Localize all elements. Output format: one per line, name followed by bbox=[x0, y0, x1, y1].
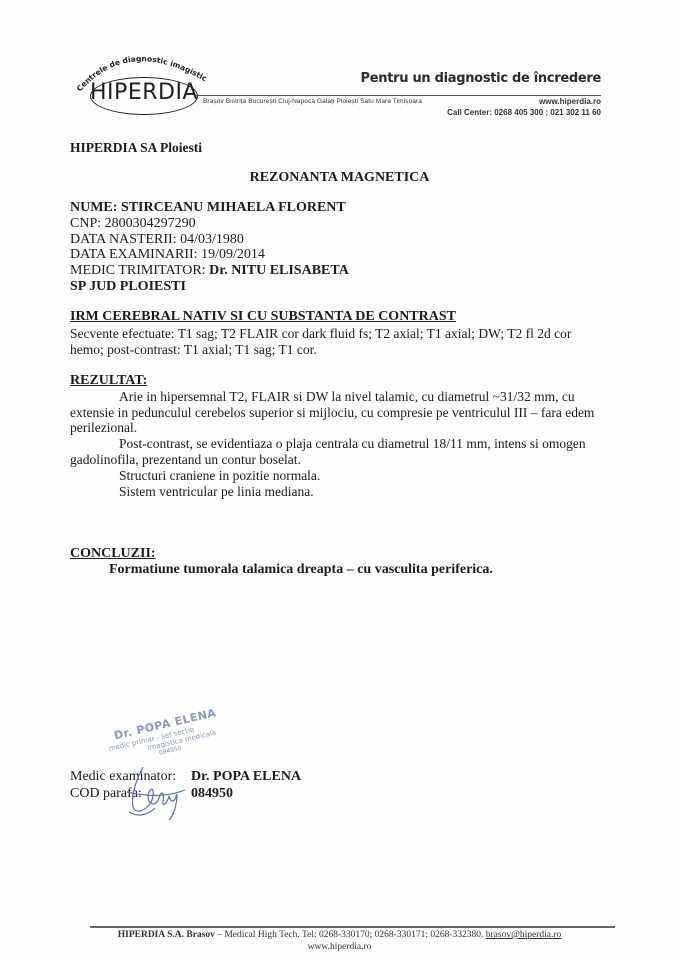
footer-contact: HIPERDIA S.A. Brasov – Medical High Tech… bbox=[0, 930, 679, 940]
handwritten-signature-icon bbox=[125, 762, 195, 822]
result-paragraph-2: Post-contrast, se evidentiaza o plaja ce… bbox=[70, 436, 625, 467]
conclusion-text: Formatiune tumorala talamica dreapta – c… bbox=[109, 562, 493, 578]
report-title: REZONANTA MAGNETICA bbox=[0, 170, 679, 186]
conclusion-heading: CONCLUZII: bbox=[70, 546, 156, 562]
website-link[interactable]: www.hiperdia.ro bbox=[539, 97, 601, 106]
cnp-value: 2800304297290 bbox=[105, 216, 196, 231]
clinic-name: HIPERDIA SA Ploiesti bbox=[70, 140, 202, 156]
patient-name-row: NUME: STIRCEANU MIHAELA FLORENT bbox=[70, 200, 349, 216]
call-center: Call Center: 0268 405 300 ; 021 302 11 6… bbox=[447, 108, 601, 117]
examiner-name: Dr. POPA ELENA bbox=[191, 768, 301, 785]
parafa-code: 084950 bbox=[191, 785, 301, 802]
exam-title: IRM CEREBRAL NATIV SI CU SUBSTANTA DE CO… bbox=[70, 309, 456, 325]
referrer-unit: SP JUD PLOIESTI bbox=[70, 279, 349, 295]
result-paragraph-4: Sistem ventricular pe linia mediana. bbox=[119, 484, 679, 500]
cnp-row: CNP: 2800304297290 bbox=[70, 216, 349, 232]
referrer-row: MEDIC TRIMITATOR: Dr. NITU ELISABETA bbox=[70, 263, 349, 279]
patient-name: STIRCEANU MIHAELA FLORENT bbox=[121, 200, 346, 215]
header-rule bbox=[196, 95, 601, 96]
birth-date-row: DATA NASTERII: 04/03/1980 bbox=[70, 232, 349, 248]
birth-date: 04/03/1980 bbox=[180, 232, 244, 247]
logo: HIPERDIA bbox=[90, 80, 198, 105]
result-heading: REZULTAT: bbox=[70, 373, 147, 389]
footer-email-link[interactable]: brasov@hiperdia.ro bbox=[486, 930, 562, 940]
tagline: Pentru un diagnostic de încredere bbox=[361, 71, 601, 86]
doctor-stamp: Dr. POPA ELENA medic primar - sef sectie… bbox=[110, 689, 249, 772]
sequences: Secvente efectuate: T1 sag; T2 FLAIR cor… bbox=[70, 326, 571, 358]
result-paragraph-3: Structuri craniene in pozitie normala. bbox=[119, 468, 679, 484]
patient-info: NUME: STIRCEANU MIHAELA FLORENT CNP: 280… bbox=[70, 200, 349, 295]
referrer-name: Dr. NITU ELISABETA bbox=[209, 263, 349, 278]
exam-date-row: DATA EXAMINARII: 19/09/2014 bbox=[70, 247, 349, 263]
exam-date: 19/09/2014 bbox=[201, 247, 265, 262]
footer-website-link[interactable]: www.hiperdia.ro bbox=[0, 942, 679, 952]
examiner-values: Dr. POPA ELENA 084950 bbox=[191, 768, 301, 802]
cities-list: Brașov Bistrița București Cluj-Napoca Ga… bbox=[203, 98, 422, 105]
result-paragraph-1: Arie in hipersemnal T2, FLAIR si DW la n… bbox=[70, 389, 615, 436]
footer-rule bbox=[90, 926, 615, 928]
